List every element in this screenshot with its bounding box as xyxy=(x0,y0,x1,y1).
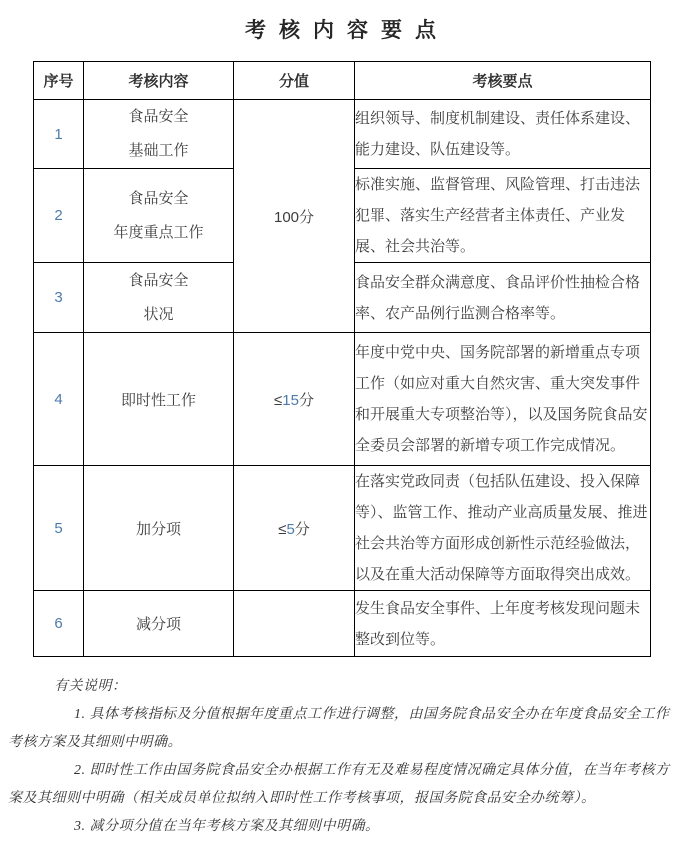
header-row: 序号 考核内容 分值 考核要点 xyxy=(34,62,651,100)
points-cell: 在落实党政同责（包括队伍建设、投入保障等）、监管工作、推动产业高质量发展、推进社… xyxy=(355,466,651,591)
points-cell: 标准实施、监督管理、风险管理、打击违法犯罪、落实生产经营者主体责任、产业发展、社… xyxy=(355,169,651,263)
notes-section: 有关说明： 1. 具体考核指标及分值根据年度重点工作进行调整，由国务院食品安全办… xyxy=(8,673,673,841)
content-cell: 即时性工作 xyxy=(84,333,234,466)
merged-score-cell: 100分 xyxy=(234,100,355,333)
content-line: 食品安全 xyxy=(84,264,233,298)
score-value: 100分 xyxy=(274,209,314,226)
row-number-cell: 4 xyxy=(34,333,84,466)
row-number-cell: 1 xyxy=(34,100,84,169)
col-header-score: 分值 xyxy=(234,62,355,100)
table-row: 5 加分项 ≤5分 在落实党政同责（包括队伍建设、投入保障等）、监管工作、推动产… xyxy=(34,466,651,591)
content-line: 基础工作 xyxy=(84,134,233,168)
assessment-table: 序号 考核内容 分值 考核要点 1 食品安全 基础工作 100分 组织领导、制度… xyxy=(33,61,651,657)
score-number: 5 xyxy=(286,521,294,538)
content-cell: 食品安全 基础工作 xyxy=(84,100,234,169)
content-line: 食品安全 xyxy=(84,100,233,134)
content-line: 状况 xyxy=(84,298,233,332)
score-unit: 分 xyxy=(295,521,310,538)
score-cell: ≤15分 xyxy=(234,333,355,466)
score-cell: ≤5分 xyxy=(234,466,355,591)
table-row: 4 即时性工作 ≤15分 年度中党中央、国务院部署的新增重点专项工作（如应对重大… xyxy=(34,333,651,466)
score-number: 15 xyxy=(282,392,299,409)
score-unit: 分 xyxy=(299,392,314,409)
col-header-points: 考核要点 xyxy=(355,62,651,100)
points-cell: 发生食品安全事件、上年度考核发现问题未整改到位等。 xyxy=(355,591,651,657)
note-item: 3. 减分项分值在当年考核方案及其细则中明确。 xyxy=(8,813,673,841)
row-number-cell: 5 xyxy=(34,466,84,591)
page-title: 考核内容要点 xyxy=(0,14,681,44)
content-line: 食品安全 xyxy=(84,182,233,216)
points-cell: 组织领导、制度机制建设、责任体系建设、能力建设、队伍建设等。 xyxy=(355,100,651,169)
row-number-cell: 6 xyxy=(34,591,84,657)
table-row: 1 食品安全 基础工作 100分 组织领导、制度机制建设、责任体系建设、能力建设… xyxy=(34,100,651,169)
points-cell: 食品安全群众满意度、食品评价性抽检合格率、农产品例行监测合格率等。 xyxy=(355,263,651,333)
col-header-content: 考核内容 xyxy=(84,62,234,100)
content-cell: 加分项 xyxy=(84,466,234,591)
note-item: 1. 具体考核指标及分值根据年度重点工作进行调整，由国务院食品安全办在年度食品安… xyxy=(8,701,673,757)
content-cell: 减分项 xyxy=(84,591,234,657)
score-cell-empty xyxy=(234,591,355,657)
content-cell: 食品安全 年度重点工作 xyxy=(84,169,234,263)
content-cell: 食品安全 状况 xyxy=(84,263,234,333)
col-header-no: 序号 xyxy=(34,62,84,100)
content-line: 年度重点工作 xyxy=(84,216,233,250)
row-number-cell: 2 xyxy=(34,169,84,263)
note-item: 2. 即时性工作由国务院食品安全办根据工作有无及难易程度情况确定具体分值，在当年… xyxy=(8,757,673,813)
table-row: 6 减分项 发生食品安全事件、上年度考核发现问题未整改到位等。 xyxy=(34,591,651,657)
row-number-cell: 3 xyxy=(34,263,84,333)
points-cell: 年度中党中央、国务院部署的新增重点专项工作（如应对重大自然灾害、重大突发事件和开… xyxy=(355,333,651,466)
notes-heading: 有关说明： xyxy=(8,673,673,701)
